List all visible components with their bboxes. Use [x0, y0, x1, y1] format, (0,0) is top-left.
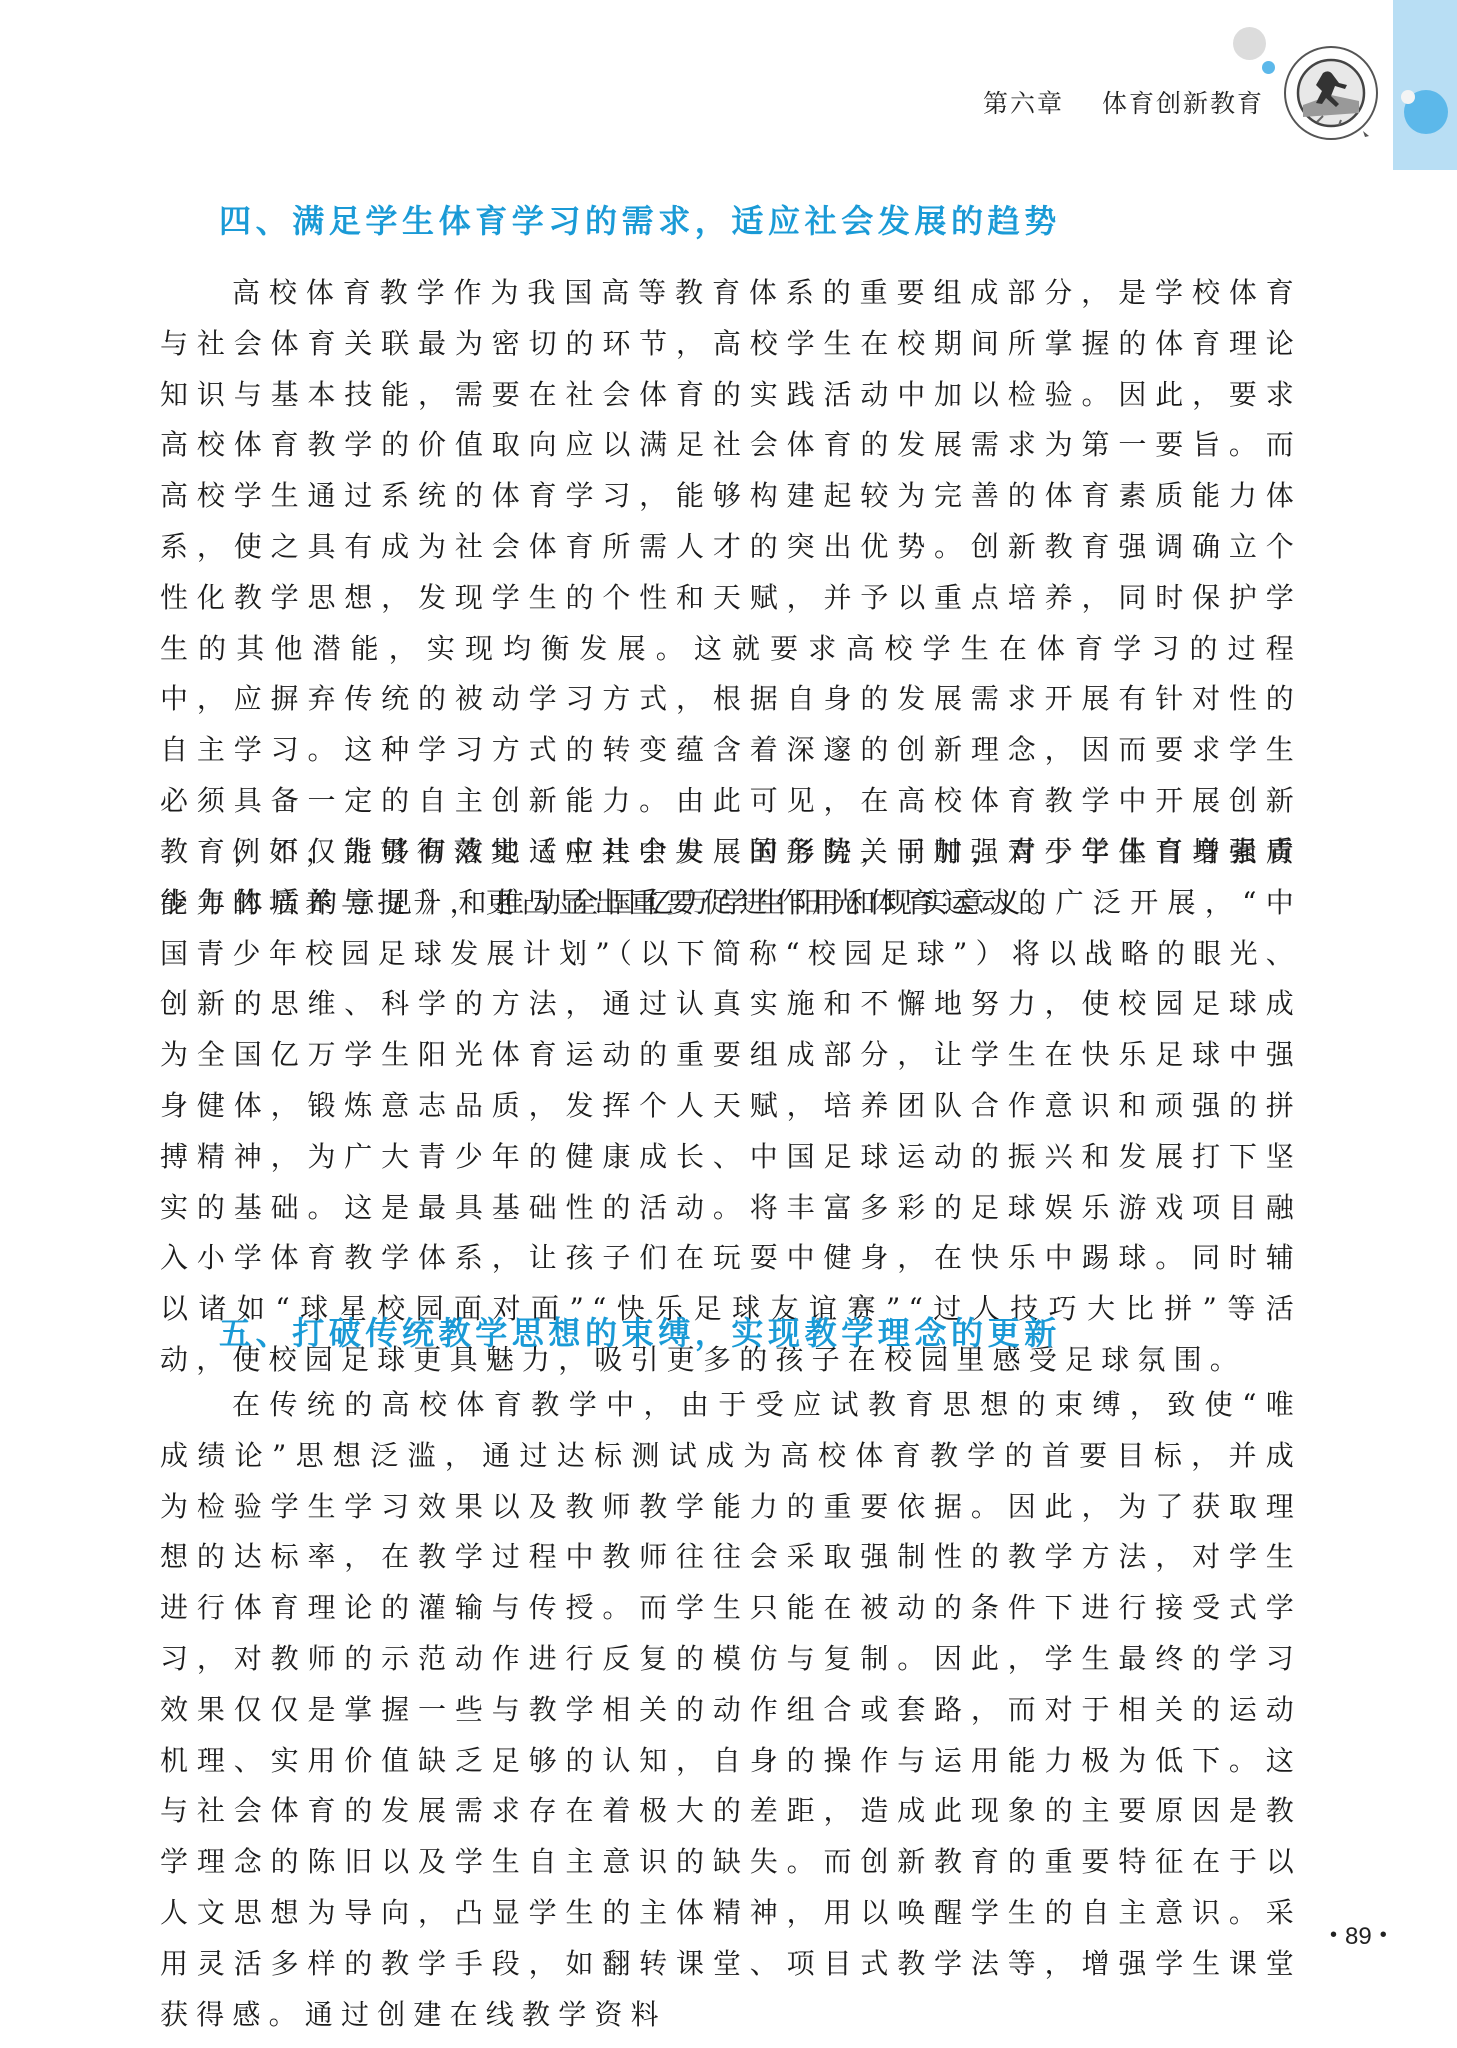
running-header: 第六章 体育创新教育: [983, 84, 1264, 120]
white-dot-decoration: [1401, 90, 1415, 104]
paragraph: 在传统的高校体育教学中，由于受应试教育思想的束缚，致使“唯成绩论”思想泛滥，通过…: [160, 1380, 1302, 2040]
page-number: •89•: [1322, 1923, 1395, 1951]
page-number-value: 89: [1345, 1923, 1372, 1950]
blue-dot-decoration: [1262, 61, 1275, 74]
page-dot-right: •: [1380, 1924, 1387, 1946]
publisher-emblem-icon: [1281, 43, 1381, 143]
section-heading-4: 四、满足学生体育学习的需求，适应社会发展的趋势: [219, 196, 1061, 242]
chapter-tab-decoration: [1393, 0, 1457, 170]
page-dot-left: •: [1330, 1924, 1337, 1946]
chapter-title: 体育创新教育: [1102, 89, 1264, 118]
gray-circle-decoration: [1233, 27, 1266, 60]
chapter-number: 第六章: [983, 89, 1064, 118]
section-heading-5: 五、打破传统教学思想的束缚，实现教学理念的更新: [219, 1308, 1061, 1354]
paragraph: 例如，为贯彻落实《中共中央 国务院关于加强青少年体育增强青少年体质的意见》和推动…: [160, 827, 1302, 1386]
